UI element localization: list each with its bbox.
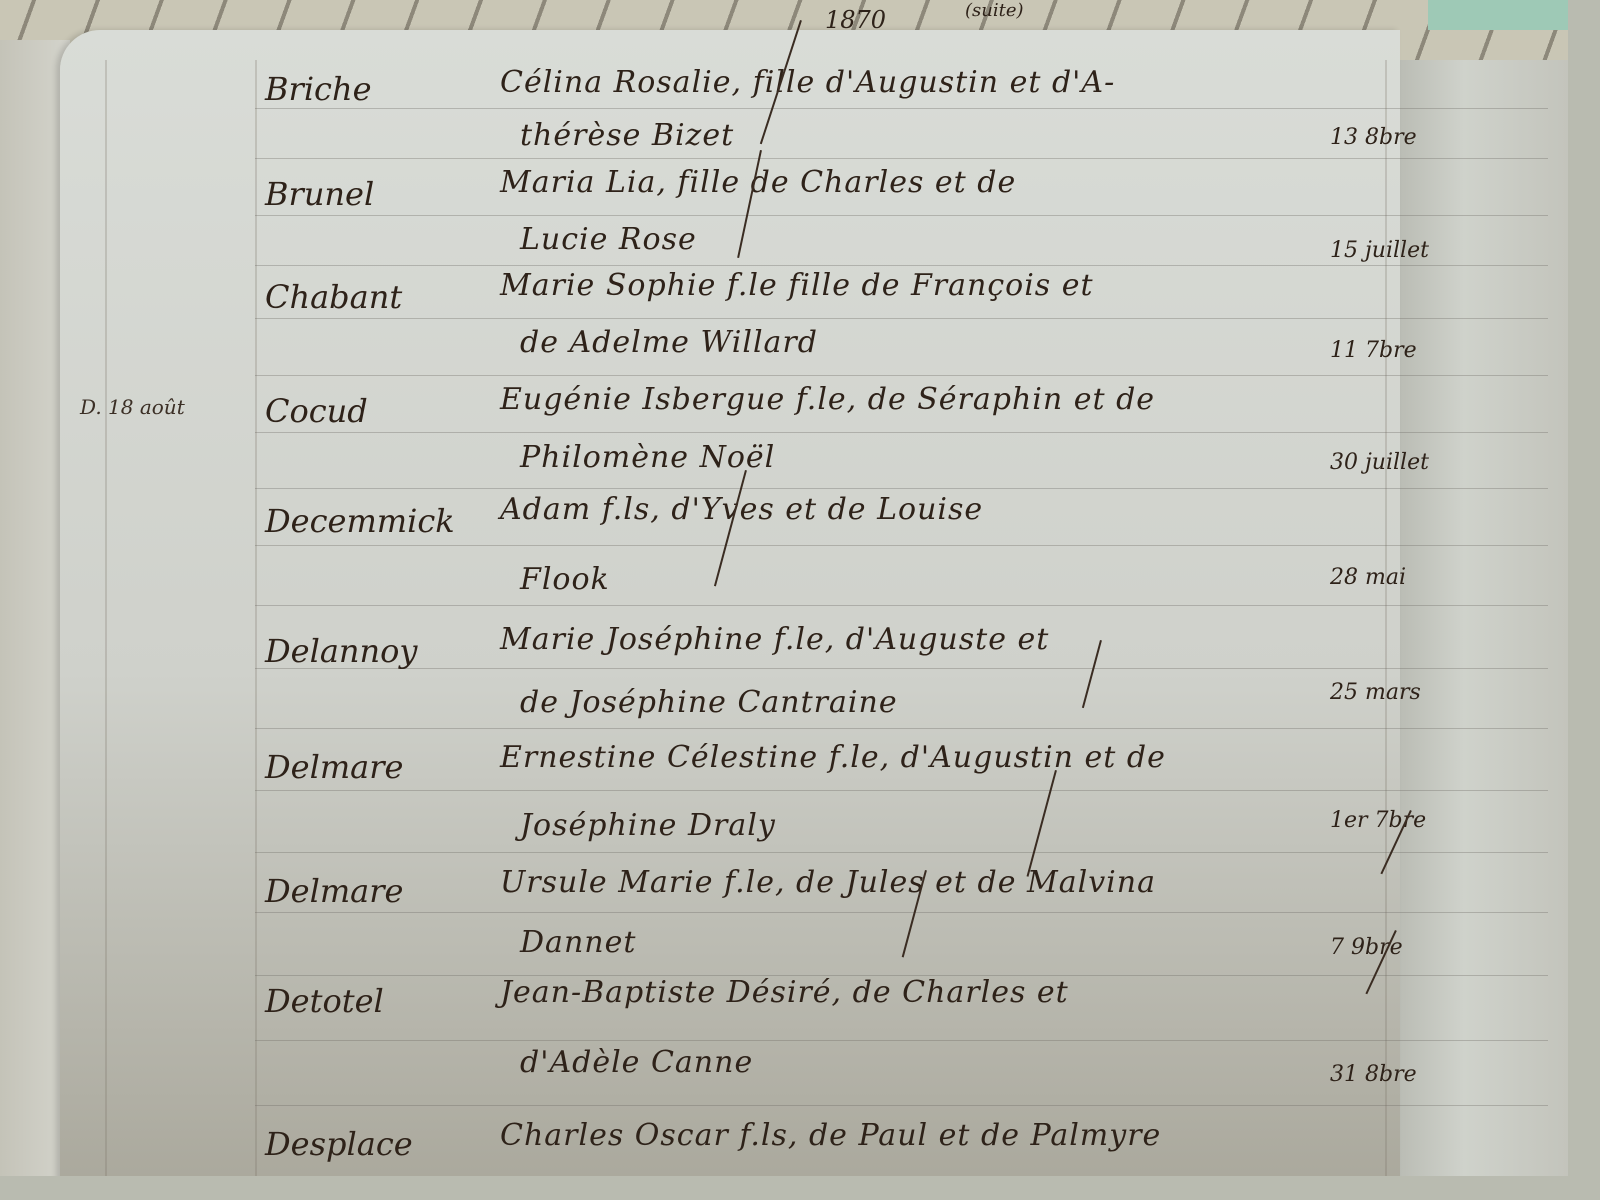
- entry-given-line: Marie Joséphine f.le, d'Auguste et: [500, 622, 1049, 657]
- entry-given-line: Maria Lia, fille de Charles et de: [500, 165, 1016, 200]
- entry-continuation: Dannet: [520, 925, 636, 960]
- entry-surname: Detotel: [265, 982, 384, 1020]
- entry-given-line: Eugénie Isbergue f.le, de Séraphin et de: [500, 382, 1155, 417]
- ruled-line: [255, 1040, 1548, 1041]
- ruled-line: [255, 545, 1548, 546]
- entry-continuation: de Joséphine Cantraine: [520, 685, 898, 720]
- entry-continuation: Flook: [520, 562, 610, 597]
- entry-given-line: Adam f.ls, d'Yves et de Louise: [500, 492, 983, 527]
- ruled-line: [255, 108, 1548, 109]
- ruled-line: [255, 912, 1548, 913]
- ruled-line: [255, 790, 1548, 791]
- ruled-line: [255, 215, 1548, 216]
- entry-given-line: Ernestine Célestine f.le, d'Augustin et …: [500, 740, 1166, 775]
- entry-date: 28 mai: [1330, 565, 1406, 590]
- ruled-line: [255, 318, 1548, 319]
- margin-rule-outer: [105, 60, 107, 1176]
- ruled-line: [255, 158, 1548, 159]
- entry-continuation: Joséphine Draly: [520, 808, 776, 843]
- entry-given-line: Marie Sophie f.le fille de François et: [500, 268, 1094, 303]
- entry-date: 31 8bre: [1330, 1062, 1417, 1087]
- entry-surname: Decemmick: [265, 502, 455, 540]
- header-continuation: (suite): [965, 0, 1024, 21]
- entry-surname: Desplace: [265, 1125, 413, 1163]
- ruled-line: [255, 432, 1548, 433]
- entry-date: 1er 7bre: [1330, 808, 1426, 833]
- entry-given-line: Charles Oscar f.ls, de Paul et de Palmyr…: [500, 1118, 1161, 1153]
- entry-date: 25 mars: [1330, 680, 1421, 705]
- facing-page-right: [1395, 60, 1568, 1176]
- entry-surname: Briche: [265, 70, 372, 108]
- margin-annotation: D. 18 août: [80, 395, 185, 419]
- entry-date: 15 juillet: [1330, 238, 1429, 263]
- ruled-line: [255, 375, 1548, 376]
- entry-given-line: Jean-Baptiste Désiré, de Charles et: [500, 975, 1069, 1010]
- entry-surname: Delannoy: [265, 632, 417, 670]
- entry-surname: Cocud: [265, 392, 368, 430]
- entry-date: 11 7bre: [1330, 338, 1417, 363]
- entry-surname: Delmare: [265, 748, 403, 786]
- entry-date: 13 8bre: [1330, 125, 1417, 150]
- ruled-line: [255, 1105, 1548, 1106]
- ruled-line: [255, 488, 1548, 489]
- entry-given-line: Célina Rosalie, fille d'Augustin et d'A-: [500, 65, 1115, 100]
- entry-continuation: Philomène Noël: [520, 440, 775, 475]
- entry-given-line: Ursule Marie f.le, de Jules et de Malvin…: [500, 865, 1156, 900]
- entry-surname: Chabant: [265, 278, 402, 316]
- ruled-line: [255, 668, 1548, 669]
- entry-surname: Brunel: [265, 175, 374, 213]
- entry-continuation: d'Adèle Canne: [520, 1045, 753, 1080]
- entry-date: 30 juillet: [1330, 450, 1429, 475]
- ruled-line: [255, 852, 1548, 853]
- header-year: 1870: [825, 6, 886, 34]
- ruled-line: [255, 265, 1548, 266]
- teal-background-corner: [1428, 0, 1568, 30]
- margin-rule-date: [1385, 60, 1387, 1176]
- entry-continuation: de Adelme Willard: [520, 325, 818, 360]
- entry-surname: Delmare: [265, 872, 403, 910]
- entry-continuation: thérèse Bizet: [520, 118, 734, 153]
- ruled-line: [255, 728, 1548, 729]
- entry-continuation: Lucie Rose: [520, 222, 697, 257]
- ruled-line: [255, 605, 1548, 606]
- margin-rule-surname: [255, 60, 257, 1176]
